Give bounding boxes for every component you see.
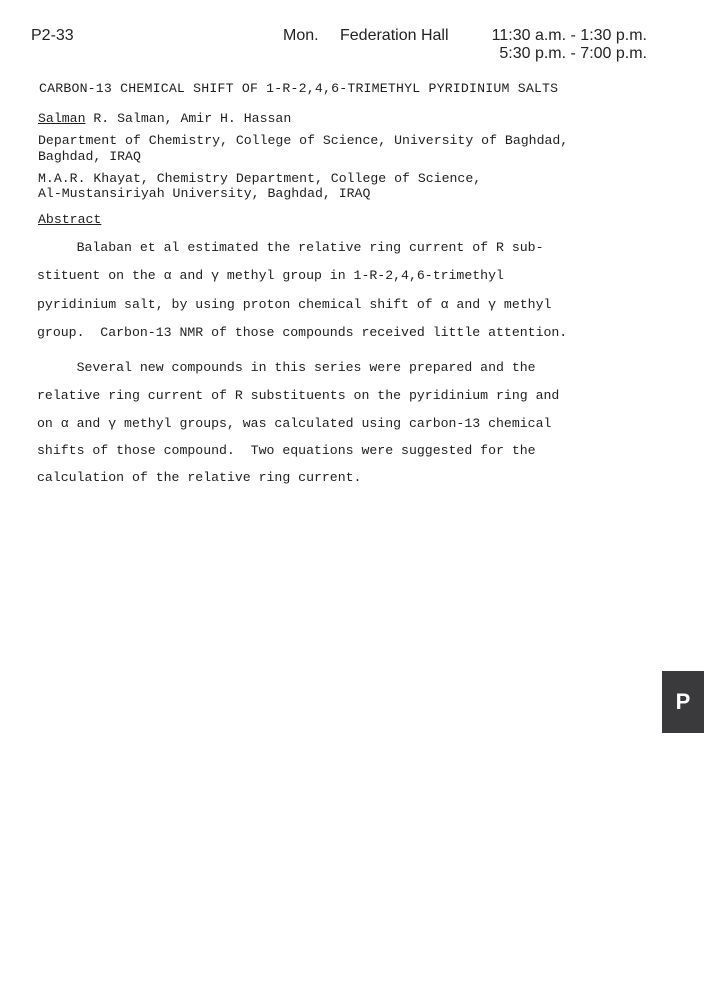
affiliation-1-line-2: Baghdad, IRAQ	[38, 149, 141, 164]
authors: Salman R. Salman, Amir H. Hassan	[38, 111, 291, 126]
other-authors: R. Salman, Amir H. Hassan	[85, 111, 291, 126]
presenting-author: Salman	[38, 111, 85, 126]
session-code: P2-33	[31, 27, 74, 45]
affiliation-2-line-1: M.A.R. Khayat, Chemistry Department, Col…	[38, 171, 481, 186]
abstract-p2-line: calculation of the relative ring current…	[37, 470, 361, 485]
session-time-2: 5:30 p.m. - 7:00 p.m.	[499, 45, 647, 63]
abstract-p2-line: Several new compounds in this series wer…	[37, 360, 536, 375]
session-venue: Federation Hall	[340, 27, 449, 45]
abstract-p2-line: on α and γ methyl groups, was calculated…	[37, 416, 551, 431]
abstract-p1-line: stituent on the α and γ methyl group in …	[37, 268, 504, 283]
abstract-heading: Abstract	[38, 212, 101, 227]
abstract-p2-line: relative ring current of R substituents …	[37, 388, 559, 403]
section-tab-p: P	[662, 671, 704, 733]
abstract-p1-line: Balaban et al estimated the relative rin…	[37, 240, 543, 255]
affiliation-1-line-1: Department of Chemistry, College of Scie…	[38, 133, 568, 148]
paper-title: CARBON-13 CHEMICAL SHIFT OF 1-R-2,4,6-TR…	[39, 81, 558, 96]
session-day: Mon.	[283, 27, 319, 45]
abstract-p1-line: group. Carbon-13 NMR of those compounds …	[37, 325, 567, 340]
session-time-1: 11:30 a.m. - 1:30 p.m.	[492, 27, 647, 45]
affiliation-2-line-2: Al-Mustansiriyah University, Baghdad, IR…	[38, 186, 370, 201]
abstract-p1-line: pyridinium salt, by using proton chemica…	[37, 297, 551, 312]
abstract-p2-line: shifts of those compound. Two equations …	[37, 443, 536, 458]
